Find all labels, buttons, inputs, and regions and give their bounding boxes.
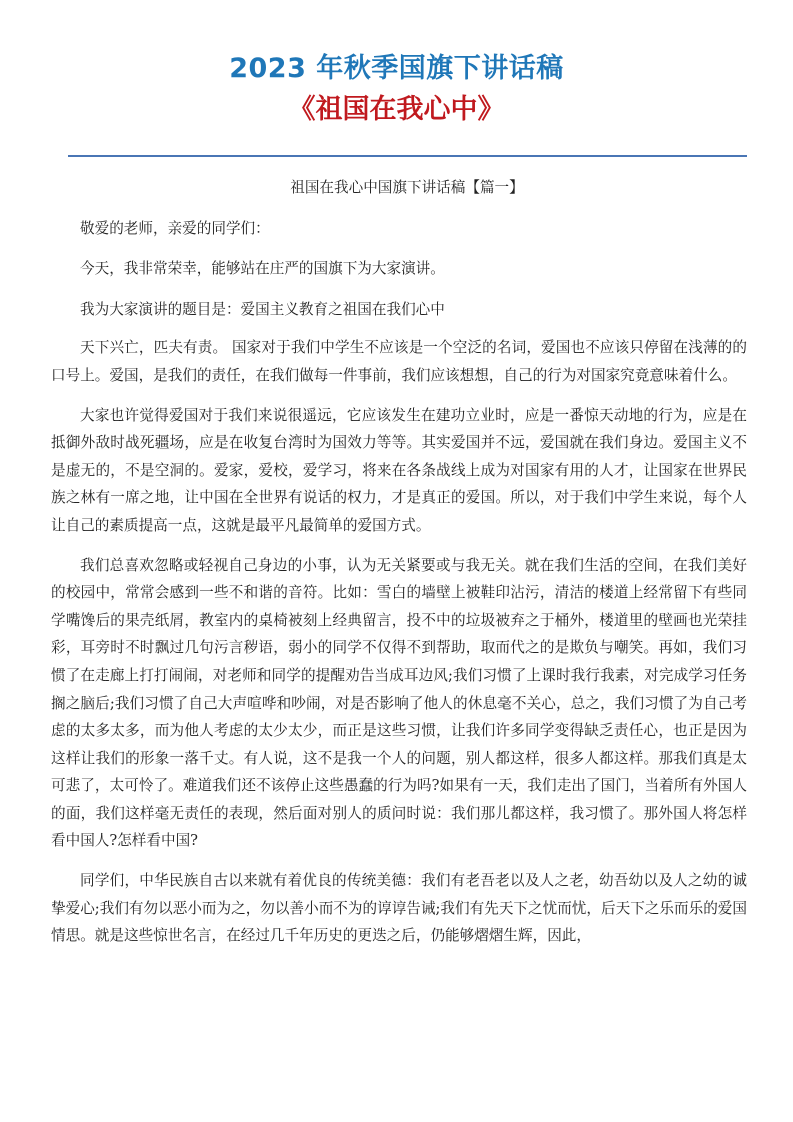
body-paragraph: 我们总喜欢忽略或轻视自己身边的小事，认为无关紧要或与我无关。就在我们生活的空间，…	[51, 552, 747, 856]
document-title: 2023 年秋季国旗下讲话稿	[0, 50, 793, 88]
document-body: 祖国在我心中国旗下讲话稿【篇一】 敬爱的老师，亲爱的同学们： 今天，我非常荣幸，…	[80, 174, 747, 962]
intro-line: 我为大家演讲的题目是：爱国主义教育之祖国在我们心中	[80, 296, 747, 324]
section-heading: 祖国在我心中国旗下讲话稿【篇一】	[67, 174, 747, 202]
greeting-line: 敬爱的老师，亲爱的同学们：	[80, 215, 747, 243]
body-paragraph: 天下兴亡，匹夫有责。 国家对于我们中学生不应该是一个空泛的名词，爱国也不应该只停…	[51, 334, 747, 389]
body-paragraph: 同学们，中华民族自古以来就有着优良的传统美德：我们有老吾老以及人之老，幼吾幼以及…	[51, 867, 747, 950]
intro-line: 今天，我非常荣幸，能够站在庄严的国旗下为大家演讲。	[80, 255, 747, 283]
document-subtitle: 《祖国在我心中》	[0, 90, 793, 130]
document-page: 2023 年秋季国旗下讲话稿 《祖国在我心中》 祖国在我心中国旗下讲话稿【篇一】…	[0, 0, 793, 1122]
title-block: 2023 年秋季国旗下讲话稿 《祖国在我心中》	[0, 50, 793, 130]
body-paragraph: 大家也许觉得爱国对于我们来说很遥远，它应该发生在建功立业时，应是一番惊天动地的行…	[51, 402, 747, 540]
title-divider	[68, 155, 747, 157]
